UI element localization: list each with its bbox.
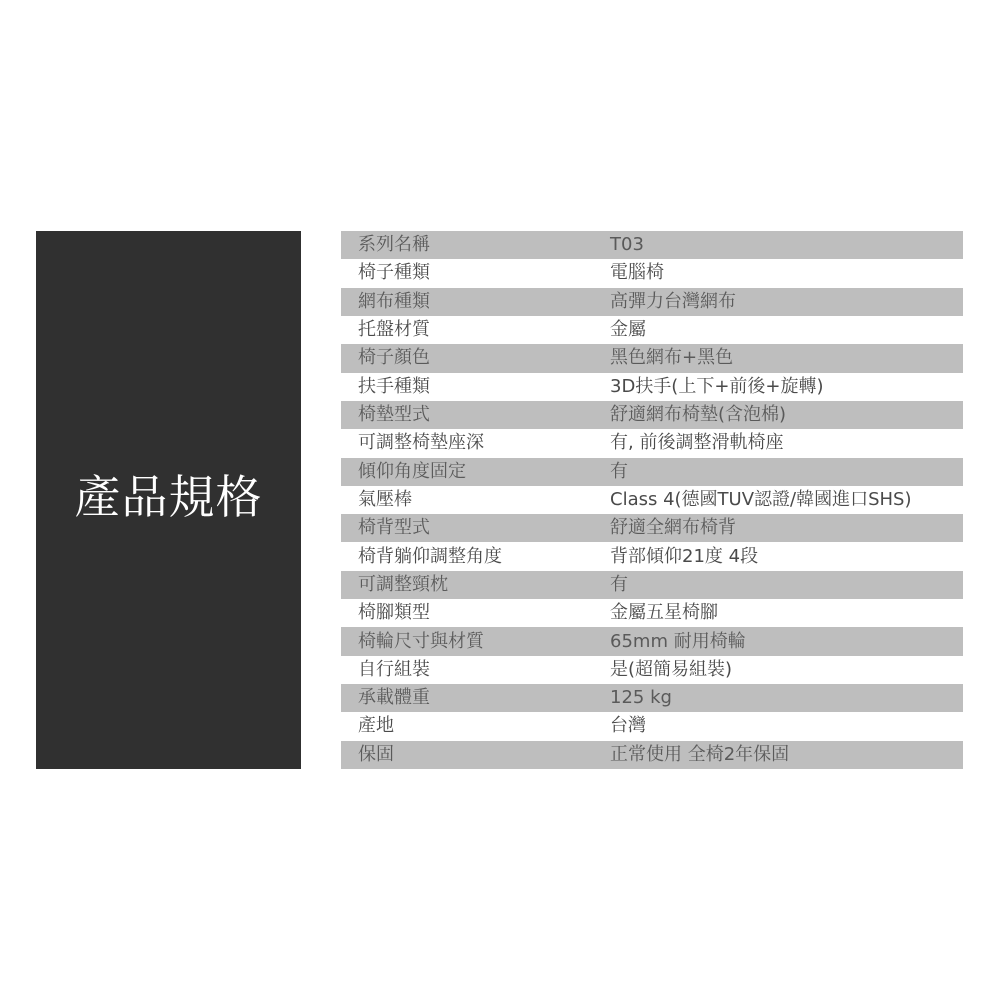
spec-value: 有, 前後調整滑軌椅座 bbox=[610, 434, 783, 452]
spec-value: 電腦椅 bbox=[610, 264, 664, 282]
spec-value: 黑色網布+黑色 bbox=[610, 349, 733, 367]
spec-label: 網布種類 bbox=[358, 293, 430, 311]
spec-row-series-name: 系列名稱 T03 bbox=[341, 231, 963, 259]
spec-value: 3D扶手(上下+前後+旋轉) bbox=[610, 378, 824, 396]
spec-label: 承載體重 bbox=[358, 689, 430, 707]
spec-row-tray-material: 托盤材質 金屬 bbox=[341, 316, 963, 344]
spec-label: 傾仰角度固定 bbox=[358, 463, 466, 481]
spec-row-weight-capacity: 承載體重 125 kg bbox=[341, 684, 963, 712]
spec-label: 氣壓棒 bbox=[358, 491, 412, 509]
spec-value: 有 bbox=[610, 463, 628, 481]
spec-label: 托盤材質 bbox=[358, 321, 430, 339]
spec-label: 扶手種類 bbox=[358, 378, 430, 396]
spec-table: 系列名稱 T03 椅子種類 電腦椅 網布種類 高彈力台灣網布 托盤材質 金屬 椅… bbox=[341, 231, 963, 769]
spec-value: 舒適網布椅墊(含泡棉) bbox=[610, 406, 786, 424]
spec-value: 正常使用 全椅2年保固 bbox=[610, 746, 789, 764]
spec-value: 是(超簡易組裝) bbox=[610, 661, 732, 679]
page-title: 產品規格 bbox=[75, 474, 263, 520]
spec-label: 椅子顏色 bbox=[358, 349, 430, 367]
spec-row-recline-angle: 椅背躺仰調整角度 背部傾仰21度 4段 bbox=[341, 542, 963, 570]
spec-value: 125 kg bbox=[610, 689, 672, 707]
spec-row-base-type: 椅腳類型 金屬五星椅腳 bbox=[341, 599, 963, 627]
spec-label: 椅輪尺寸與材質 bbox=[358, 633, 484, 651]
spec-row-tilt-lock: 傾仰角度固定 有 bbox=[341, 458, 963, 486]
spec-row-backrest-type: 椅背型式 舒適全網布椅背 bbox=[341, 514, 963, 542]
spec-row-chair-type: 椅子種類 電腦椅 bbox=[341, 259, 963, 287]
spec-row-seat-cushion-type: 椅墊型式 舒適網布椅墊(含泡棉) bbox=[341, 401, 963, 429]
spec-value: 金屬 bbox=[610, 321, 646, 339]
spec-row-caster-size-material: 椅輪尺寸與材質 65mm 耐用椅輪 bbox=[341, 627, 963, 655]
spec-value: 金屬五星椅腳 bbox=[610, 604, 718, 622]
spec-label: 產地 bbox=[358, 717, 394, 735]
spec-label: 椅子種類 bbox=[358, 264, 430, 282]
spec-label: 椅墊型式 bbox=[358, 406, 430, 424]
spec-label: 可調整頸枕 bbox=[358, 576, 448, 594]
spec-value: Class 4(德國TUV認證/韓國進口SHS) bbox=[610, 491, 912, 509]
spec-label: 椅腳類型 bbox=[358, 604, 430, 622]
spec-value: 有 bbox=[610, 576, 628, 594]
spec-value: 台灣 bbox=[610, 717, 646, 735]
spec-row-armrest-type: 扶手種類 3D扶手(上下+前後+旋轉) bbox=[341, 373, 963, 401]
spec-value: T03 bbox=[610, 236, 644, 254]
spec-value: 背部傾仰21度 4段 bbox=[610, 548, 758, 566]
spec-label: 自行組裝 bbox=[358, 661, 430, 679]
spec-row-warranty: 保固 正常使用 全椅2年保固 bbox=[341, 741, 963, 769]
spec-value: 65mm 耐用椅輪 bbox=[610, 633, 746, 651]
spec-row-gas-lift: 氣壓棒 Class 4(德國TUV認證/韓國進口SHS) bbox=[341, 486, 963, 514]
spec-label: 可調整椅墊座深 bbox=[358, 434, 484, 452]
spec-row-adjustable-seat-depth: 可調整椅墊座深 有, 前後調整滑軌椅座 bbox=[341, 429, 963, 457]
spec-row-chair-color: 椅子顏色 黑色網布+黑色 bbox=[341, 344, 963, 372]
spec-label: 系列名稱 bbox=[358, 236, 430, 254]
spec-value: 高彈力台灣網布 bbox=[610, 293, 736, 311]
title-panel: 產品規格 bbox=[36, 231, 301, 769]
spec-row-adjustable-headrest: 可調整頸枕 有 bbox=[341, 571, 963, 599]
spec-label: 保固 bbox=[358, 746, 394, 764]
spec-value: 舒適全網布椅背 bbox=[610, 519, 736, 537]
spec-row-self-assembly: 自行組裝 是(超簡易組裝) bbox=[341, 656, 963, 684]
spec-label: 椅背型式 bbox=[358, 519, 430, 537]
spec-row-origin: 產地 台灣 bbox=[341, 712, 963, 740]
spec-label: 椅背躺仰調整角度 bbox=[358, 548, 502, 566]
spec-row-mesh-type: 網布種類 高彈力台灣網布 bbox=[341, 288, 963, 316]
